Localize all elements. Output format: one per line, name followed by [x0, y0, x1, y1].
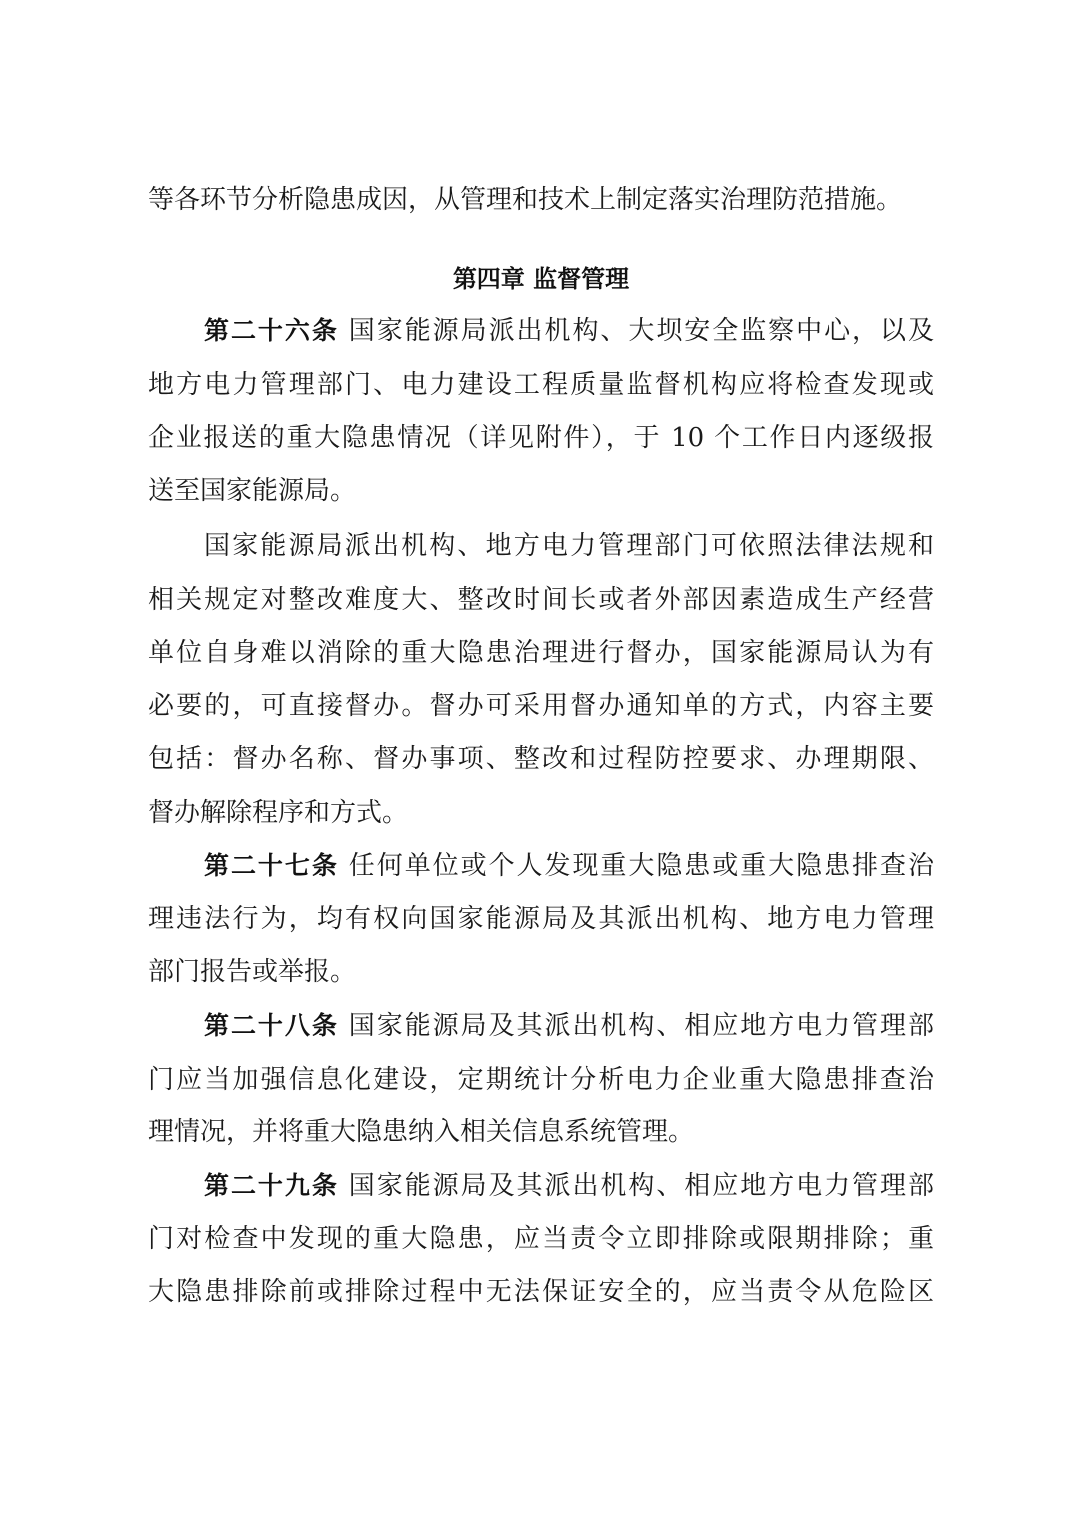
article-28-line-2: 门应当加强信息化建设，定期统计分析电力企业重大隐患排查治	[148, 1060, 934, 1100]
paragraph-line-4: 必要的，可直接督办。督办可采用督办通知单的方式，内容主要	[148, 686, 934, 726]
article-26-line-2: 地方电力管理部门、电力建设工程质量监督机构应将检查发现或	[148, 365, 934, 405]
paragraph-line-1: 国家能源局派出机构、地方电力管理部门可依照法律法规和	[148, 526, 934, 566]
article-text: 国家能源局派出机构、大坝安全监察中心，以及	[349, 316, 934, 346]
article-27-line-3: 部门报告或举报。	[148, 952, 934, 992]
article-28-line-3: 理情况，并将重大隐患纳入相关信息系统管理。	[148, 1112, 934, 1152]
paragraph-line-6: 督办解除程序和方式。	[148, 793, 934, 833]
article-29-line-2: 门对检查中发现的重大隐患，应当责令立即排除或限期排除；重	[148, 1219, 934, 1259]
article-text: 任何单位或个人发现重大隐患或重大隐患排查治	[349, 851, 934, 881]
article-26-line-3: 企业报送的重大隐患情况（详见附件），于 10 个工作日内逐级报	[148, 418, 934, 458]
article-28-line-1: 第二十八条国家能源局及其派出机构、相应地方电力管理部	[148, 1006, 934, 1046]
article-26-line-1: 第二十六条国家能源局派出机构、大坝安全监察中心，以及	[148, 311, 934, 351]
paragraph-line-5: 包括：督办名称、督办事项、整改和过程防控要求、办理期限、	[148, 739, 934, 779]
article-text: 国家能源局及其派出机构、相应地方电力管理部	[349, 1011, 934, 1041]
article-number: 第二十七条	[204, 851, 339, 880]
paragraph-line-3: 单位自身难以消除的重大隐患治理进行督办，国家能源局认为有	[148, 633, 934, 673]
chapter-heading: 第四章 监督管理	[148, 259, 934, 299]
intro-paragraph-line: 等各环节分析隐患成因，从管理和技术上制定落实治理防范措施。	[148, 180, 934, 220]
article-number: 第二十九条	[204, 1171, 339, 1200]
article-29-line-3: 大隐患排除前或排除过程中无法保证安全的，应当责令从危险区	[148, 1272, 934, 1312]
article-27-line-1: 第二十七条任何单位或个人发现重大隐患或重大隐患排查治	[148, 846, 934, 886]
article-number: 第二十六条	[204, 316, 339, 345]
article-27-line-2: 理违法行为，均有权向国家能源局及其派出机构、地方电力管理	[148, 899, 934, 939]
article-text: 国家能源局及其派出机构、相应地方电力管理部	[349, 1171, 934, 1201]
article-29-line-1: 第二十九条国家能源局及其派出机构、相应地方电力管理部	[148, 1166, 934, 1206]
paragraph-line-2: 相关规定对整改难度大、整改时间长或者外部因素造成生产经营	[148, 580, 934, 620]
article-26-line-4: 送至国家能源局。	[148, 471, 934, 511]
article-number: 第二十八条	[204, 1011, 339, 1040]
